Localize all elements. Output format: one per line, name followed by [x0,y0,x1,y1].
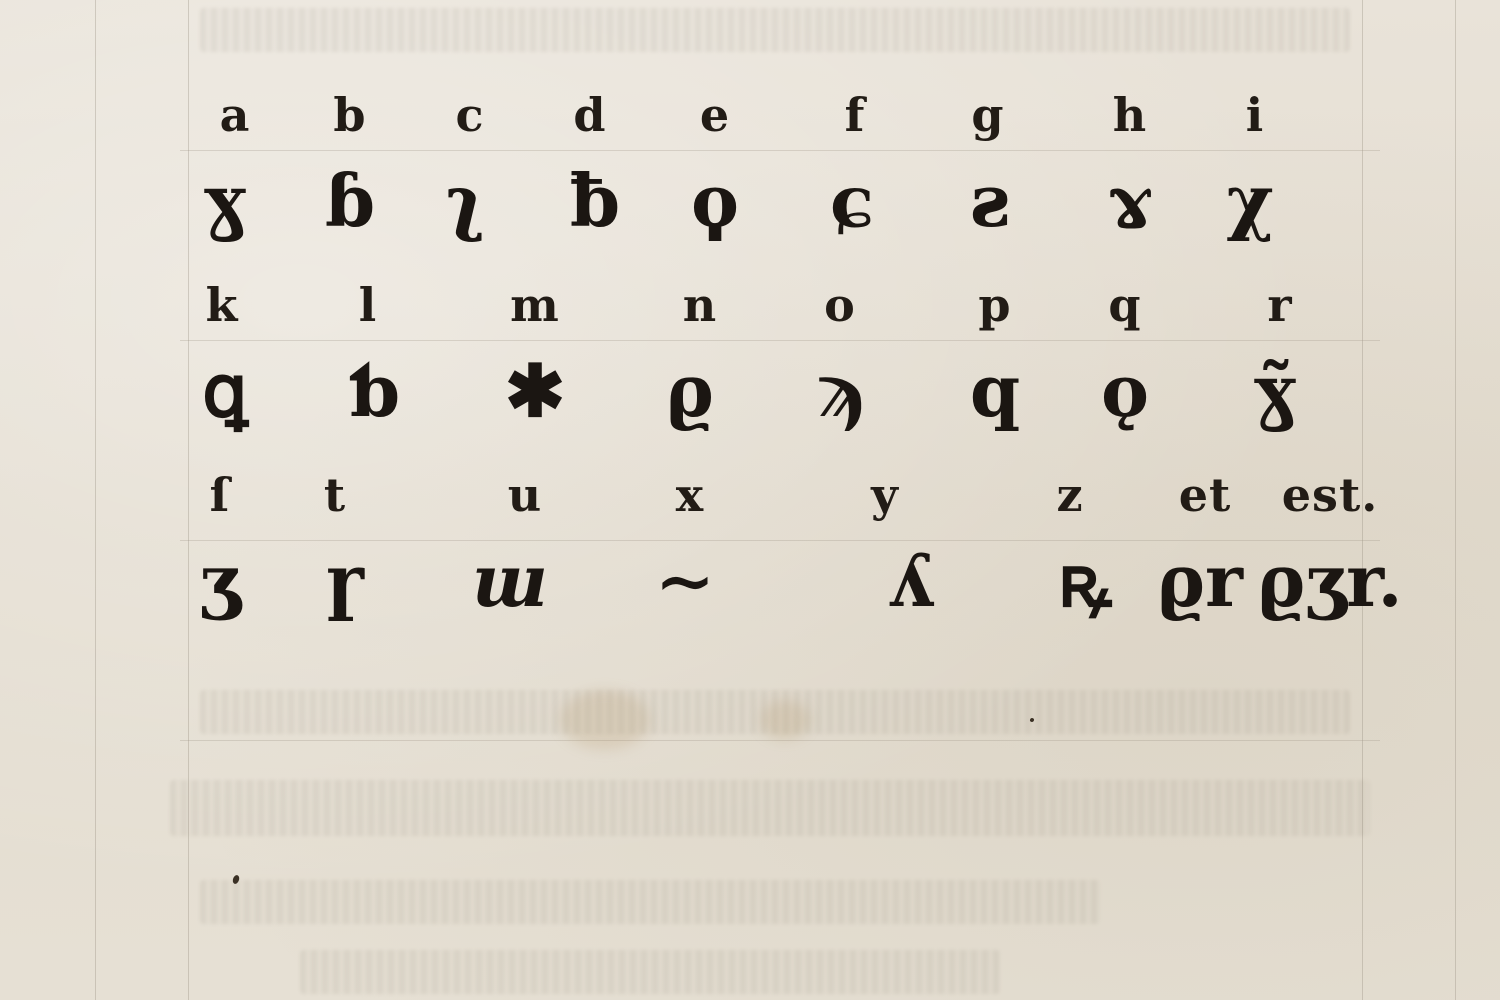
plain-row-2: k l m n o p q r [180,260,1410,355]
cipher-glyph: ǫ [1101,355,1149,427]
bleed-through-text [170,780,1370,836]
cipher-glyph: ɓ [325,165,375,237]
cipher-glyph: ɼ [326,545,364,617]
plain-letter: a [220,88,251,142]
cipher-glyph: χ [1226,165,1273,237]
plain-letter: m [510,278,560,332]
cipher-glyph: ϙ [691,165,739,237]
cipher-glyph: ƅ [350,355,400,427]
cipher-table: a b c d e f g h i ɣ ɓ ʅ ƀ ϙ ɕ ƨ ɤ χ k l … [180,70,1410,640]
plain-letter: i [1246,88,1264,142]
cipher-glyph: ɣ [203,165,246,237]
plain-letter: q [1108,278,1141,332]
cipher-glyph: ꝗ [202,355,248,427]
cipher-glyph: ɯ [472,545,548,617]
cipher-glyph: ɕ [830,165,874,237]
cipher-glyph: ƀ [570,165,620,237]
plain-letter: y [871,468,899,522]
plain-letter: t [324,468,346,522]
plain-letter: b [333,88,366,142]
plain-letter: c [455,88,484,142]
paper-stain [560,690,650,750]
plain-row-1: a b c d e f g h i [180,70,1410,165]
plain-row-3: ſ t u x y z et est. [180,450,1410,545]
plain-letter: ſ [210,468,231,522]
plain-letter: e [700,88,730,142]
cipher-row-3: ʒ ɼ ɯ ∼ ʎ ꝶ ϱr ϱʒr. [180,545,1410,640]
cipher-glyph: ʎ [887,545,933,617]
plain-letter: p [978,278,1011,332]
cipher-glyph: ϡ [816,355,864,427]
plain-letter: h [1113,88,1147,142]
ruling-line-vertical [1455,0,1456,1000]
plain-letter: o [824,278,856,332]
cipher-glyph: ɤ [1107,165,1152,237]
plain-letter: d [573,88,606,142]
plain-letter: l [359,278,377,332]
plain-letter: g [971,88,1004,142]
cipher-row-2: ꝗ ƅ ✱ ϱ ϡ q ǫ ɣ̃ [180,355,1410,450]
plain-letter: est. [1282,468,1378,522]
plain-letter: x [676,468,704,522]
manuscript-page: a b c d e f g h i ɣ ɓ ʅ ƀ ϙ ɕ ƨ ɤ χ k l … [0,0,1500,1000]
cipher-row-1: ɣ ɓ ʅ ƀ ϙ ɕ ƨ ɤ χ [180,165,1410,260]
plain-letter: r [1267,278,1292,332]
cipher-glyph: ʒ [200,545,241,617]
ruling-line-horizontal [180,740,1380,741]
cipher-glyph: ꝶ [1058,545,1112,617]
plain-letter: k [206,278,239,332]
cipher-glyph: ʅ [446,165,485,237]
plain-letter: u [508,468,542,522]
plain-letter: n [683,278,717,332]
ruling-line-vertical [95,0,96,1000]
paper-stain [760,700,810,740]
cipher-glyph: ϱʒr. [1257,545,1402,617]
plain-letter: et [1179,468,1232,522]
plain-letter: f [845,88,866,142]
cipher-glyph: ✱ [505,355,565,427]
cipher-glyph: ϱr [1157,545,1243,617]
cipher-glyph: ∼ [655,545,715,617]
cipher-glyph: q [970,355,1020,427]
bleed-through-text [200,8,1350,52]
cipher-glyph: ϱ [666,355,714,427]
bleed-through-text [300,950,1000,994]
plain-letter: z [1056,468,1083,522]
cipher-glyph: ɣ̃ [1253,355,1296,427]
cipher-glyph: ƨ [970,165,1011,237]
bleed-through-text [200,880,1100,924]
